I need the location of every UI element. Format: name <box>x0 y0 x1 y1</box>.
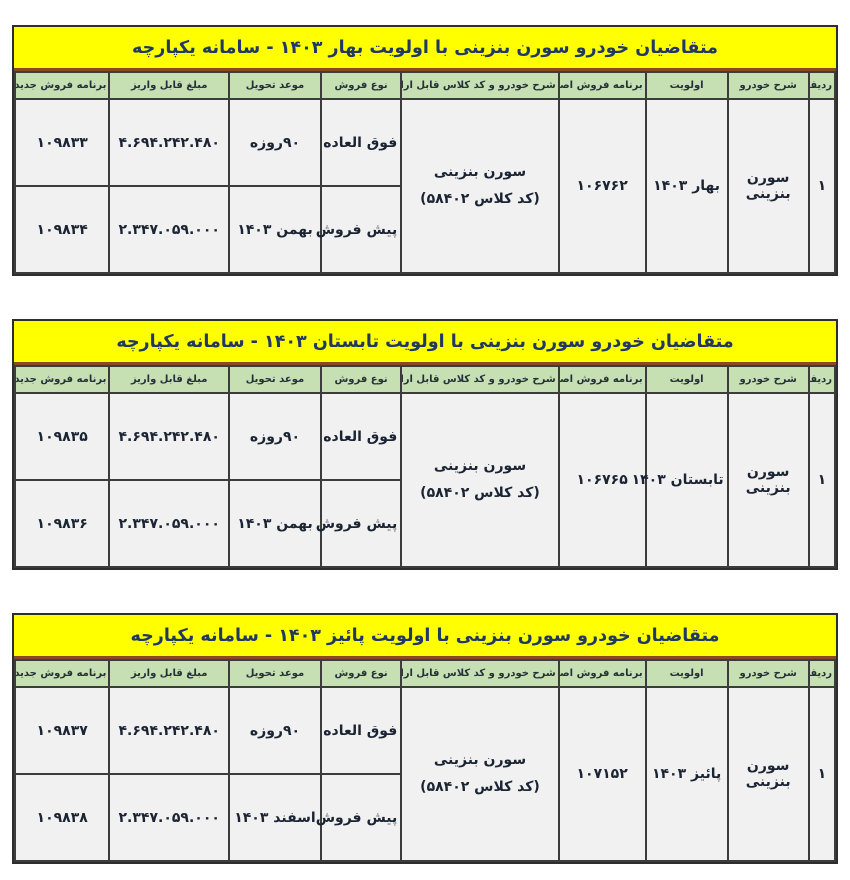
col-header-delivery: موعد تحویل <box>229 72 321 99</box>
col-header-sale-type: نوع فروش <box>321 366 401 393</box>
header-row: ردیف شرح خودرو اولویت برنامه فروش اصلی ش… <box>15 366 835 393</box>
sales-table: ردیف شرح خودرو اولویت برنامه فروش اصلی ش… <box>14 365 836 568</box>
col-header-row-number: ردیف <box>809 366 835 393</box>
table-title-banner: متقاضیان خودرو سورن بنزینی با اولویت تاب… <box>14 321 836 365</box>
cell-row-number: ۱ <box>809 687 835 861</box>
cell-sale-type: فوق العاده <box>321 99 401 186</box>
table-title-banner: متقاضیان خودرو سورن بنزینی با اولویت بها… <box>14 27 836 71</box>
sales-table: ردیف شرح خودرو اولویت برنامه فروش اصلی ش… <box>14 71 836 274</box>
col-header-vehicle-class: شرح خودرو و کد کلاس قابل ارائه <box>401 660 558 687</box>
sales-table: ردیف شرح خودرو اولویت برنامه فروش اصلی ش… <box>14 659 836 862</box>
cell-delivery: ۹۰روزه <box>229 687 321 774</box>
cell-delivery: بهمن ۱۴۰۳ <box>229 186 321 273</box>
col-header-new-program: برنامه فروش جدید <box>15 366 109 393</box>
cell-sale-type: فوق العاده <box>321 393 401 480</box>
sales-table-section-autumn: متقاضیان خودرو سورن بنزینی با اولویت پائ… <box>12 613 838 864</box>
sales-table-section-spring: متقاضیان خودرو سورن بنزینی با اولویت بها… <box>12 25 838 276</box>
cell-new-program: ۱۰۹۸۳۳ <box>15 99 109 186</box>
vehicle-class-code: (کد کلاس ۵۸۴۰۲) <box>405 774 554 801</box>
cell-delivery: اسفند ۱۴۰۳ <box>229 774 321 861</box>
col-header-original-program: برنامه فروش اصلی <box>559 366 646 393</box>
cell-original-program: ۱۰۶۷۶۲ <box>559 99 646 273</box>
cell-sale-type: پیش فروش <box>321 480 401 567</box>
cell-delivery: ۹۰روزه <box>229 393 321 480</box>
cell-new-program: ۱۰۹۸۳۴ <box>15 186 109 273</box>
cell-vehicle-class: سورن بنزینی (کد کلاس ۵۸۴۰۲) <box>401 687 558 861</box>
col-header-vehicle: شرح خودرو <box>728 660 809 687</box>
cell-vehicle-class: سورن بنزینی (کد کلاس ۵۸۴۰۲) <box>401 393 558 567</box>
cell-delivery: بهمن ۱۴۰۳ <box>229 480 321 567</box>
col-header-priority: اولویت <box>646 72 728 99</box>
cell-vehicle: سورن بنزینی <box>728 687 809 861</box>
page: متقاضیان خودرو سورن بنزینی با اولویت بها… <box>0 0 850 864</box>
header-row: ردیف شرح خودرو اولویت برنامه فروش اصلی ش… <box>15 72 835 99</box>
cell-vehicle: سورن بنزینی <box>728 393 809 567</box>
col-header-delivery: موعد تحویل <box>229 366 321 393</box>
cell-amount: ۲.۳۴۷.۰۵۹.۰۰۰ <box>109 186 229 273</box>
cell-amount: ۲.۳۴۷.۰۵۹.۰۰۰ <box>109 774 229 861</box>
cell-sale-type: فوق العاده <box>321 687 401 774</box>
col-header-vehicle: شرح خودرو <box>728 366 809 393</box>
vehicle-class-name: سورن بنزینی <box>405 747 554 774</box>
cell-new-program: ۱۰۹۸۳۵ <box>15 393 109 480</box>
col-header-original-program: برنامه فروش اصلی <box>559 660 646 687</box>
col-header-new-program: برنامه فروش جدید <box>15 72 109 99</box>
col-header-vehicle: شرح خودرو <box>728 72 809 99</box>
table-row: ۱ سورن بنزینی بهار ۱۴۰۳ ۱۰۶۷۶۲ سورن بنزی… <box>15 99 835 186</box>
table-title-banner: متقاضیان خودرو سورن بنزینی با اولویت پائ… <box>14 615 836 659</box>
cell-amount: ۲.۳۴۷.۰۵۹.۰۰۰ <box>109 480 229 567</box>
col-header-vehicle-class: شرح خودرو و کد کلاس قابل ارائه <box>401 72 558 99</box>
cell-vehicle-class: سورن بنزینی (کد کلاس ۵۸۴۰۲) <box>401 99 558 273</box>
col-header-sale-type: نوع فروش <box>321 72 401 99</box>
cell-vehicle: سورن بنزینی <box>728 99 809 273</box>
cell-priority: پائیز ۱۴۰۳ <box>646 687 728 861</box>
cell-amount: ۴.۶۹۴.۲۴۲.۴۸۰ <box>109 687 229 774</box>
cell-sale-type: پیش فروش <box>321 186 401 273</box>
vehicle-class-code: (کد کلاس ۵۸۴۰۲) <box>405 480 554 507</box>
cell-amount: ۴.۶۹۴.۲۴۲.۴۸۰ <box>109 99 229 186</box>
cell-row-number: ۱ <box>809 99 835 273</box>
col-header-priority: اولویت <box>646 660 728 687</box>
col-header-row-number: ردیف <box>809 660 835 687</box>
vehicle-class-name: سورن بنزینی <box>405 159 554 186</box>
table-row: ۱ سورن بنزینی پائیز ۱۴۰۳ ۱۰۷۱۵۲ سورن بنز… <box>15 687 835 774</box>
header-row: ردیف شرح خودرو اولویت برنامه فروش اصلی ش… <box>15 660 835 687</box>
cell-amount: ۴.۶۹۴.۲۴۲.۴۸۰ <box>109 393 229 480</box>
col-header-delivery: موعد تحویل <box>229 660 321 687</box>
vehicle-class-code: (کد کلاس ۵۸۴۰۲) <box>405 186 554 213</box>
cell-priority: تابستان ۱۴۰۳ <box>646 393 728 567</box>
col-header-amount: مبلغ قابل واریز <box>109 366 229 393</box>
cell-row-number: ۱ <box>809 393 835 567</box>
col-header-priority: اولویت <box>646 366 728 393</box>
col-header-amount: مبلغ قابل واریز <box>109 660 229 687</box>
cell-delivery: ۹۰روزه <box>229 99 321 186</box>
table-row: ۱ سورن بنزینی تابستان ۱۴۰۳ ۱۰۶۷۶۵ سورن ب… <box>15 393 835 480</box>
cell-new-program: ۱۰۹۸۳۷ <box>15 687 109 774</box>
col-header-row-number: ردیف <box>809 72 835 99</box>
col-header-amount: مبلغ قابل واریز <box>109 72 229 99</box>
vehicle-class-name: سورن بنزینی <box>405 453 554 480</box>
cell-new-program: ۱۰۹۸۳۸ <box>15 774 109 861</box>
cell-priority: بهار ۱۴۰۳ <box>646 99 728 273</box>
col-header-new-program: برنامه فروش جدید <box>15 660 109 687</box>
col-header-vehicle-class: شرح خودرو و کد کلاس قابل ارائه <box>401 366 558 393</box>
cell-sale-type: پیش فروش <box>321 774 401 861</box>
sales-table-section-summer: متقاضیان خودرو سورن بنزینی با اولویت تاب… <box>12 319 838 570</box>
cell-new-program: ۱۰۹۸۳۶ <box>15 480 109 567</box>
col-header-original-program: برنامه فروش اصلی <box>559 72 646 99</box>
col-header-sale-type: نوع فروش <box>321 660 401 687</box>
cell-original-program: ۱۰۷۱۵۲ <box>559 687 646 861</box>
